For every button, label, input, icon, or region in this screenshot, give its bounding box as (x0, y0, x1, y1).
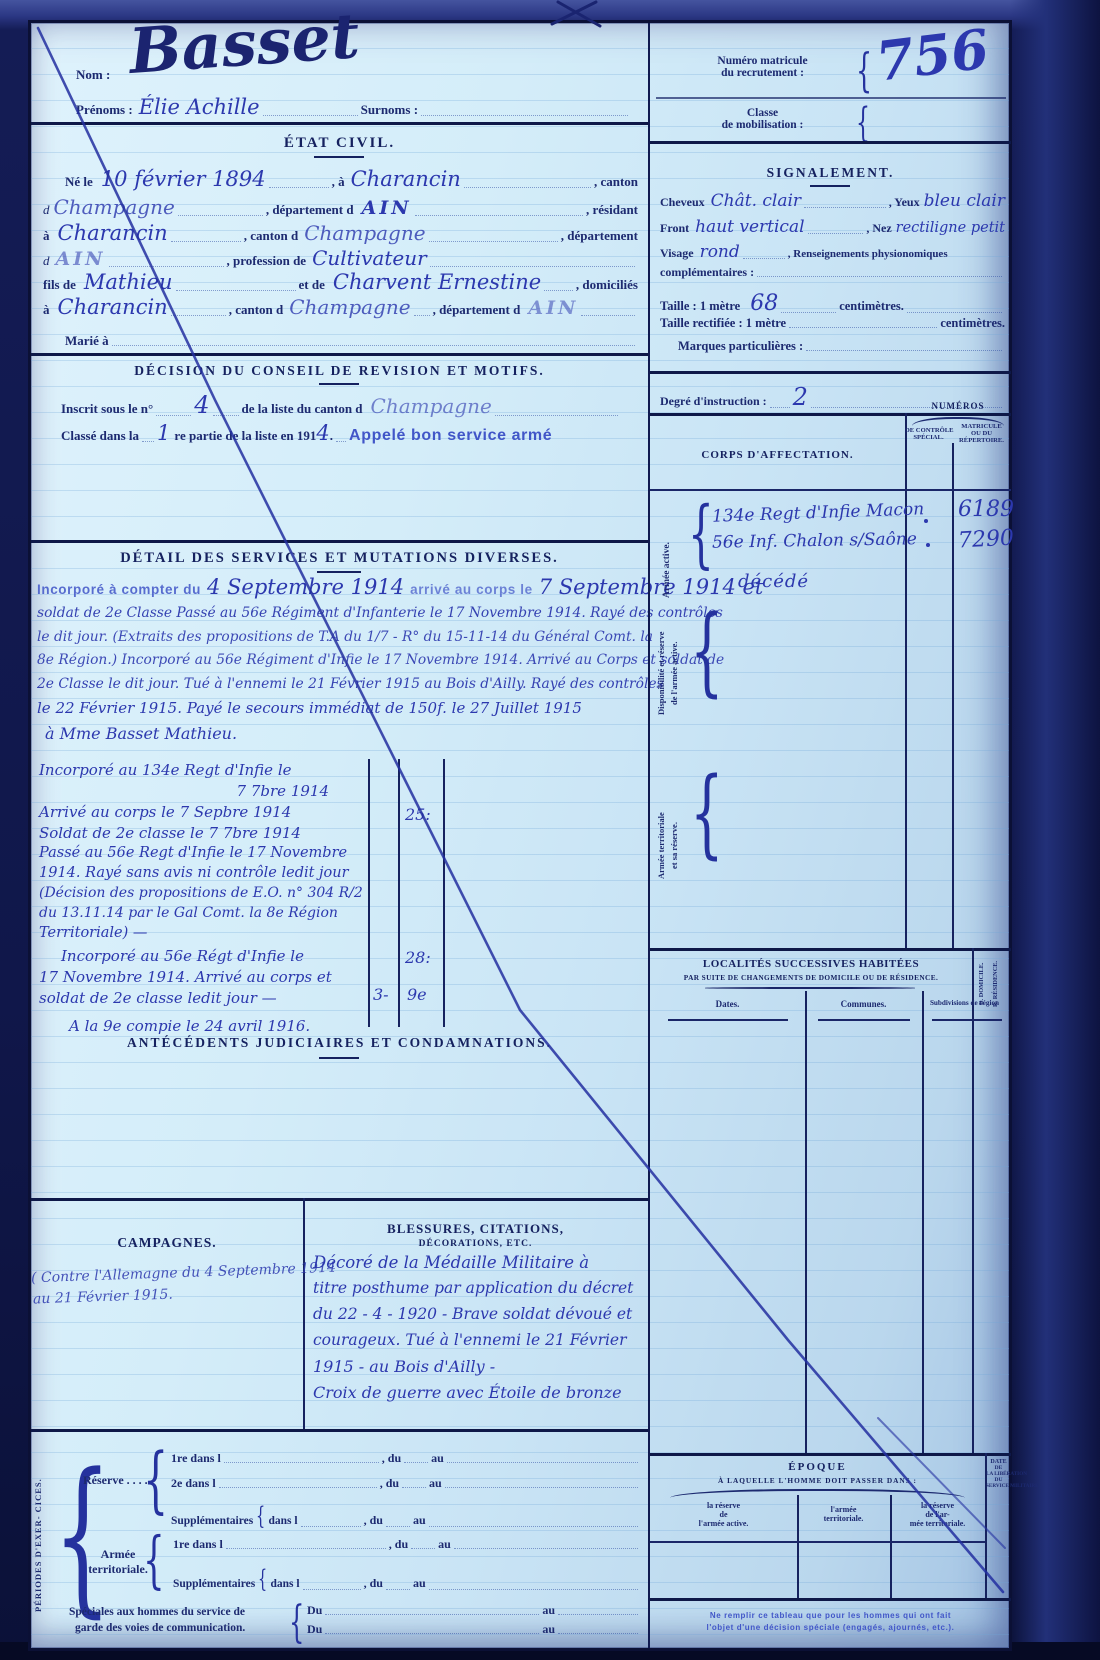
a-label: , à (332, 174, 345, 190)
services-line: le 22 Février 1915. Payé le secours immé… (37, 699, 643, 724)
degre-bottom-rule (650, 413, 1011, 416)
au-label: au (438, 1537, 451, 1552)
periode-2e-label: 2e dans l (171, 1476, 216, 1491)
au-label: au (542, 1603, 555, 1618)
services-stamp-row: Incorporé à compter du 4 Septembre 1914 … (37, 575, 643, 599)
speciales-row-2: Du au (307, 1622, 641, 1637)
au-label: au (431, 1451, 444, 1466)
services-block2: Incorporé au 134e Regt d'Infie le 7 7bre… (39, 761, 361, 1038)
margin-number: 25: (405, 805, 431, 824)
services-line: soldat de 2e classe ledit jour — (39, 989, 361, 1011)
decision-line-2: Classé dans la 1 re partie de la liste e… (61, 421, 641, 445)
decision-line-1: Inscrit sous le n° 4 de la liste du cant… (61, 391, 621, 419)
nez-label: , Nez (866, 221, 891, 236)
affectation-entry-2: 56e Inf. Chalon s/Saône (712, 529, 917, 553)
taille-rectifiee-row: Taille rectifiée : 1 mètre centimètres. (660, 316, 1005, 331)
epoque-col-line: de l'ar- (890, 1510, 985, 1519)
signalement-underline (810, 185, 850, 187)
liste-canton-value: Champagne (371, 394, 492, 418)
visage-row: Visage rond , Renseignements physionomiq… (660, 242, 1005, 262)
classe-label: Classe de mobilisation : (675, 107, 850, 131)
departement-d-label: , département d (433, 302, 521, 318)
date-liberation-header: DATE DE LA LIBÉRATION DU SERVICE MILITAI… (986, 1459, 1011, 1489)
signalement-title: SIGNALEMENT. (650, 165, 1011, 181)
residence-commune: Charancin (58, 221, 168, 245)
decision-title-underline (319, 383, 359, 385)
speciales-label-1: Spéciales aux hommes du service de (69, 1606, 245, 1618)
reserve-row-2: 2e dans l , du au (171, 1476, 641, 1491)
d2-label: d (43, 253, 50, 269)
blessures-text: Décoré de la Médaille Militaire à titre … (313, 1253, 645, 1409)
repertoire-header-line: OU DU (952, 430, 1011, 437)
front-value: haut vertical (695, 217, 804, 237)
domicilies-label: , domiciliés (576, 277, 638, 293)
residence-canton: Champagne (304, 221, 425, 245)
controle-dot (924, 519, 928, 523)
epoque-subtitle: À LAQUELLE L'HOMME DOIT PASSER DANS : (650, 1476, 985, 1485)
annee-liste: 4 (316, 421, 329, 445)
etat-civil-line-4: d AIN , profession de Cultivateur (43, 246, 638, 270)
degre-label: Degré d'instruction : (660, 394, 767, 409)
disponibilite-label-line: de l'armée active. (669, 598, 679, 748)
matricule-number-2: 7290 (957, 526, 1014, 554)
blessures-line: du 22 - 4 - 1920 - Brave soldat dévoué e… (313, 1305, 645, 1331)
taille-label: Taille : 1 mètre (660, 299, 740, 314)
services-line: Territoriale) — (39, 925, 361, 947)
au-label: au (542, 1622, 555, 1637)
epoque-col-line: l'armée (797, 1505, 890, 1514)
cheveux-label: Cheveux (660, 195, 705, 210)
epoque-col-line: mée territoriale. (890, 1519, 985, 1528)
a3-label: à (43, 302, 50, 318)
blessures-line: 1915 - au Bois d'Ailly - (313, 1357, 645, 1383)
partie-numero: 1 (157, 421, 170, 445)
profession-value: Cultivateur (312, 246, 427, 270)
localites-col-divider (805, 991, 807, 1453)
matricule-number-1: 6189 (958, 497, 1014, 522)
visage-value: rond (700, 242, 740, 262)
antecedents-title: ANTÉCÉDENTS JUDICIAIRES ET CONDAMNATIONS… (31, 1035, 648, 1051)
matricule-value: 756 (873, 16, 993, 93)
services-column-rule (443, 759, 445, 1027)
incorpore-stamp: Incorporé à compter du (37, 582, 201, 597)
father-name: Mathieu (84, 270, 173, 294)
epoque-note-1: Ne remplir ce tableau que pour les homme… (650, 1611, 1011, 1620)
territoriale-label-line: Armée territoriale (656, 758, 666, 933)
birth-place: Charancin (351, 167, 461, 191)
classe-dans-label: Classé dans la (61, 428, 139, 444)
territoriale-brace: { (143, 1529, 165, 1591)
speciales-row-1: Du au (307, 1603, 641, 1618)
reserve-label: Réserve . . . . (83, 1473, 148, 1488)
parents-departement: AIN (528, 297, 578, 319)
front-row: Front haut vertical , Nez rectiligne pet… (660, 217, 1005, 237)
services-line: 7 7bre 1914 (39, 782, 329, 803)
matricule-label-2: du recrutement : (675, 67, 850, 79)
corps-title: CORPS D'AFFECTATION. (650, 449, 905, 461)
matricule-brace: { (856, 47, 872, 93)
header-underline (818, 1019, 910, 1021)
visage-label: Visage (660, 246, 694, 261)
periode-1re-label: 1re dans l (171, 1451, 221, 1466)
communes-header: Communes. (805, 999, 922, 1009)
cheveux-value: Chât. clair (711, 191, 801, 211)
periodes-top-rule (31, 1429, 648, 1432)
yeux-label: , Yeux (889, 195, 920, 210)
nom-value: Basset (127, 0, 362, 88)
blessures-subtitle: DÉCORATIONS, ETC. (303, 1239, 648, 1249)
decision-stamp: Appelé bon service armé (349, 427, 552, 445)
services-line: 2e Classe le dit jour. Tué à l'ennemi le… (37, 676, 643, 700)
services-line: soldat de 2e Classe Passé au 56e Régimen… (37, 605, 643, 629)
corps-bottom-rule (650, 948, 1011, 951)
taille-value: 68 (750, 291, 778, 316)
services-line: (Décision des propositions de E.O. n° 30… (39, 885, 361, 905)
decision-title: DÉCISION DU CONSEIL DE REVISION ET MOTIF… (31, 363, 648, 379)
d-label: d (43, 202, 50, 218)
antecedents-underline (319, 1057, 359, 1059)
suppl-brace: { (256, 1502, 265, 1530)
epoque-col3-header: la réserve de l'ar- mée territoriale. (890, 1501, 985, 1528)
campagnes-title: CAMPAGNES. (31, 1235, 303, 1251)
marie-label: Marié à (65, 333, 109, 349)
periodes-side-label: PÉRIODES D'EXER- CICES. (33, 1455, 43, 1635)
ne-le-label: Né le (65, 174, 93, 190)
au-label: au (429, 1476, 442, 1491)
territoriale-row-1: 1re dans l , du au (173, 1537, 641, 1552)
header-rule (31, 122, 648, 125)
du-label: , du (364, 1513, 383, 1528)
au-label: au (413, 1576, 426, 1591)
canton-d-label: , canton d (244, 228, 299, 244)
canton-d2-label: , canton d (229, 302, 284, 318)
territoriale-row-suppl: Supplémentaires { dans l , du au (173, 1565, 641, 1593)
degre-value: 2 (793, 383, 808, 411)
services-line: 8e Région.) Incorporé au 56e Régiment d'… (37, 652, 643, 676)
supplementaires-label: Supplémentaires (171, 1515, 253, 1527)
localites-side-divider (972, 948, 974, 1453)
services-paragraph: soldat de 2e Classe Passé au 56e Régimen… (37, 605, 643, 749)
territoriale-label-line: et sa réserve. (669, 758, 679, 933)
localites-subtitle: PAR SUITE DE CHANGEMENTS DE DOMICILE OU … (650, 973, 972, 982)
affectation-entry-1: 134e Regt d'Infie Macon (712, 499, 925, 526)
epoque-col-line: l'armée active. (650, 1519, 797, 1528)
du-label: , du (382, 1451, 401, 1466)
taille-row: Taille : 1 mètre 68 centimètres. (660, 291, 1005, 316)
matricule-divider (656, 97, 1006, 99)
dans-label: dans l (271, 1578, 300, 1590)
epoque-col1-header: la réserve de l'armée active. (650, 1501, 797, 1528)
cheveux-row: Cheveux Chât. clair , Yeux bleu clair (660, 191, 1005, 211)
nez-value: rectiligne petit (896, 220, 1005, 236)
taille-rectifiee-label: Taille rectifiée : 1 mètre (660, 316, 786, 331)
repertoire-header-line: RÉPERTOIRE. (952, 437, 1011, 444)
epoque-col-line: la réserve (650, 1501, 797, 1510)
front-label: Front (660, 221, 689, 236)
etat-civil-title: ÉTAT CIVIL. (31, 135, 648, 152)
centimetres-label: centimètres. (839, 299, 904, 314)
reserve-row-1: 1re dans l , du au (171, 1451, 641, 1466)
services-column-rule (398, 759, 400, 1027)
etat-civil-line-6: à Charancin , canton d Champagne , dépar… (43, 295, 638, 319)
deces-note: décédé (738, 571, 809, 592)
controle-header-line: DE CONTRÔLE (905, 427, 952, 434)
marques-label: Marques particulières : (678, 339, 803, 354)
epoque-col-line: territoriale. (797, 1514, 890, 1523)
services-line: 17 Novembre 1914. Arrivé au corps et (39, 968, 361, 989)
disponibilite-brace: { (690, 603, 724, 699)
etat-civil-bottom-rule (31, 353, 648, 356)
du-label: Du (307, 1622, 322, 1637)
right-column: Numéro matricule du recrutement : { 756 … (648, 23, 1011, 1648)
scanned-military-record: Nom : Basset Prénoms : Élie Achille Surn… (0, 0, 1100, 1660)
prenoms-value: Élie Achille (139, 95, 260, 119)
classe-label-2: de mobilisation : (675, 119, 850, 131)
blessures-line: titre posthume par application du décret (313, 1279, 645, 1305)
blessures-line: Décoré de la Médaille Militaire à (313, 1253, 645, 1279)
services-column-rule (368, 759, 370, 1027)
epoque-title: ÉPOQUE (650, 1461, 985, 1473)
du-label: Du (307, 1603, 322, 1618)
profession-label: , profession de (227, 253, 307, 269)
departement2-label: , département (561, 228, 638, 244)
parents-canton: Champagne (289, 295, 410, 319)
services-line: Soldat de 2e classe le 7 7bre 1914 (39, 824, 361, 845)
complementaires-label: complémentaires : (660, 265, 754, 280)
residence-departement: AIN (56, 248, 106, 270)
epoque-brace (670, 1489, 965, 1498)
services-line: du 13.11.14 par le Gal Comt. la 8e Régio… (39, 905, 361, 925)
liste-numero: 4 (194, 391, 209, 419)
classe-bottom-rule (650, 141, 1011, 144)
etat-civil-line-5: fils de Mathieu et de Charvent Ernestine… (43, 270, 638, 294)
record-sheet: Nom : Basset Prénoms : Élie Achille Surn… (28, 20, 1012, 1651)
services-line: Arrivé au corps le 7 Sepbre 1914 (39, 803, 361, 824)
territoriale-reserve-brace: { (690, 765, 724, 861)
parents-commune: Charancin (58, 295, 168, 319)
services-title-underline (317, 571, 361, 573)
yeux-value: bleu clair (924, 191, 1005, 211)
epoque-col-line: de (650, 1510, 797, 1519)
incorporation-date: 4 Septembre 1914 (207, 575, 404, 599)
controle-dot (926, 543, 930, 547)
services-line: Incorporé au 134e Regt d'Infie le (39, 761, 361, 782)
point-label: . (330, 428, 333, 444)
birth-departement: AIN (362, 197, 412, 219)
subdivisions-header: Subdivisions de région (918, 999, 1011, 1007)
complementaires-row: complémentaires : (660, 265, 1005, 280)
epoque-header-rule (650, 1541, 985, 1543)
epoque-note-2: l'objet d'une décision spéciale (engagés… (650, 1623, 1011, 1632)
localites-swash (705, 987, 915, 989)
services-line: Passé au 56e Regt d'Infie le 17 Novembre (39, 845, 361, 865)
etat-civil-line-1: Né le 10 février 1894 , à Charancin , ca… (43, 167, 638, 191)
controle-header-line: SPÉCIAL. (905, 434, 952, 441)
mother-name: Charvent Ernestine (333, 270, 541, 294)
reserve-row-suppl: Supplémentaires { dans l , du au (171, 1502, 641, 1530)
suppl-brace: { (258, 1565, 267, 1593)
canton-label: , canton (594, 174, 638, 190)
numeros-header: NUMÉROS (905, 401, 1011, 411)
etat-civil-line-2: d Champagne , département d AIN , résida… (43, 195, 638, 219)
marques-row: Marques particulières : (678, 339, 1005, 354)
epoque-col2-header: l'armée territoriale. (797, 1505, 890, 1523)
matricule-label-1: Numéro matricule (675, 55, 850, 67)
blessures-title: BLESSURES, CITATIONS, (303, 1221, 648, 1237)
prenoms-row: Prénoms : Élie Achille Surnoms : (76, 95, 631, 119)
blessures-line: Croix de guerre avec Étoile de bronze (313, 1383, 645, 1409)
au-label: au (413, 1513, 426, 1528)
epoque-col-line: la réserve (890, 1501, 985, 1510)
services-line: 1914. Rayé sans avis ni contrôle ledit j… (39, 865, 361, 885)
prenoms-label: Prénoms : (76, 102, 133, 118)
surnoms-label: Surnoms : (361, 102, 418, 118)
date-header-line: SERVICE MILITAIRE (986, 1483, 1011, 1489)
disponibilite-label-line: Disponibilité et réserve (656, 598, 666, 748)
campagnes-entry: ( Contre l'Allemagne du 4 Septembre 1914 (31, 1260, 336, 1287)
armee-active-brace: { (688, 497, 714, 571)
residant-label: , résidant (586, 202, 638, 218)
a2-label: à (43, 228, 50, 244)
birth-canton: Champagne (54, 195, 175, 219)
etat-civil-line-3: à Charancin , canton d Champagne , dépar… (43, 221, 638, 245)
dans-label: dans l (269, 1515, 298, 1527)
birth-date: 10 février 1894 (101, 167, 266, 191)
signalement-bottom-rule (650, 371, 1011, 374)
services-top-rule (31, 540, 648, 543)
fils-de-label: fils de (43, 277, 76, 293)
corps-table-divider (952, 443, 954, 948)
repertoire-header-line: MATRICULE (952, 423, 1011, 430)
departement-label: , département d (266, 202, 354, 218)
reserve-brace: { (143, 1443, 168, 1515)
du-label: , du (389, 1537, 408, 1552)
du-label: , du (364, 1576, 383, 1591)
photo-right-shadow (1010, 0, 1100, 1660)
controle-special-header: DE CONTRÔLE SPÉCIAL. (905, 427, 952, 441)
campagnes-entry: au 21 Février 1915. (33, 1287, 173, 1308)
margin-number: 28: (405, 948, 431, 967)
classe-brace: { (856, 103, 870, 143)
blessures-line: courageux. Tué à l'ennemi le 21 Février (313, 1331, 645, 1357)
speciales-label-2: garde des voies de communication. (75, 1622, 245, 1634)
localites-bottom-rule (650, 1453, 1011, 1456)
marie-row: Marié à (43, 333, 638, 349)
matricule-label: Numéro matricule du recrutement : (675, 55, 850, 79)
nom-label: Nom : (76, 67, 110, 83)
partie-label: re partie de la liste en 191 (174, 428, 316, 444)
centimetres-label: centimètres. (940, 316, 1005, 331)
header-underline (668, 1019, 788, 1021)
periode-1re-label: 1re dans l (173, 1537, 223, 1552)
dates-header: Dates. (650, 999, 805, 1009)
du-label: , du (380, 1476, 399, 1491)
corps-table-divider (905, 413, 907, 948)
renseignements-label: , Renseignements physionomiques (788, 248, 948, 260)
margin-number: 3- (373, 985, 389, 1004)
arrive-stamp: arrivé au corps le (410, 582, 533, 597)
margin-number: 9e (407, 985, 427, 1004)
header-underline (932, 1019, 1002, 1021)
services-title: DÉTAIL DES SERVICES ET MUTATIONS DIVERSE… (31, 550, 648, 567)
liste-canton-label: de la liste du canton d (242, 401, 363, 417)
epoque-bottom-rule (650, 1598, 1011, 1601)
services-line: le dit jour. (Extraits des propositions … (37, 629, 643, 653)
speciales-brace: { (289, 1601, 304, 1645)
classe-label-1: Classe (675, 107, 850, 119)
matricule-repertoire-header: MATRICULE OU DU RÉPERTOIRE. (952, 423, 1011, 444)
supplementaires-label: Supplémentaires (173, 1578, 255, 1590)
services-line: à Mme Basset Mathieu. (37, 724, 643, 749)
etat-civil-title-underline (314, 156, 364, 158)
localites-title: LOCALITÉS SUCCESSIVES HABITÉES (650, 958, 972, 970)
et-de-label: et de (299, 277, 325, 293)
localites-col-divider (922, 991, 924, 1453)
inscrit-label: Inscrit sous le n° (61, 401, 153, 417)
campagnes-top-rule (31, 1198, 648, 1201)
services-line: Incorporé au 56e Régt d'Infie le (39, 947, 361, 968)
